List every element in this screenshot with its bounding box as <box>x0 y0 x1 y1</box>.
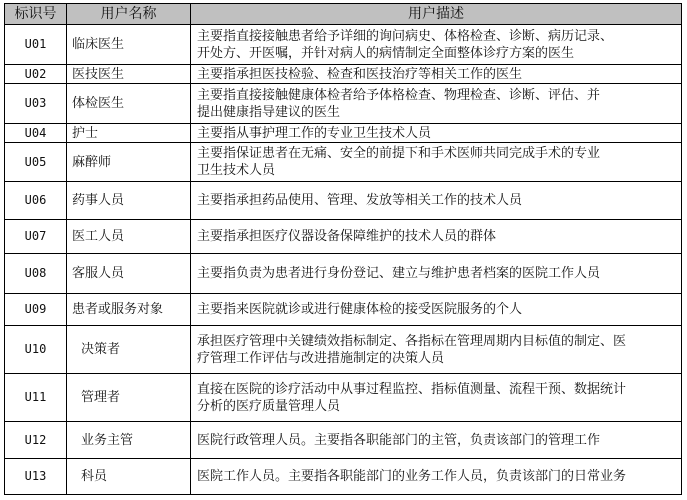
description-line: 主要指承担医疗仪器设备保障维护的技术人员的群体 <box>197 228 681 245</box>
description-line: 主要指负责为患者进行身份登记、建立与维护患者档案的医院工作人员 <box>197 265 681 282</box>
table-row: U13科员医院工作人员。主要指各职能部门的业务工作人员，负责该部门的日常业务 <box>5 459 682 495</box>
role-name-cell: 医工人员 <box>67 220 191 254</box>
role-description-cell: 主要指负责为患者进行身份登记、建立与维护患者档案的医院工作人员 <box>191 254 682 294</box>
role-id-cell: U09 <box>5 294 67 326</box>
description-line: 主要指保证患者在无痛、安全的前提下和手术医师共同完成手术的专业 <box>197 145 681 162</box>
table-row: U02医技医生主要指承担医技检验、检查和医技治疗等相关工作的医生 <box>5 65 682 84</box>
description-line: 提出健康指导建议的医生 <box>197 104 681 121</box>
role-name-cell: 医技医生 <box>67 65 191 84</box>
role-description-cell: 主要指承担医技检验、检查和医技治疗等相关工作的医生 <box>191 65 682 84</box>
role-name-cell: 麻醉师 <box>67 143 191 182</box>
description-line: 医院工作人员。主要指各职能部门的业务工作人员，负责该部门的日常业务 <box>197 468 681 485</box>
role-name-cell: 药事人员 <box>67 182 191 220</box>
table-body: U01临床医生主要指直接接触患者给予详细的询问病史、体格检查、诊断、病历记录、开… <box>5 25 682 495</box>
user-roles-table: 标识号 用户名称 用户描述 U01临床医生主要指直接接触患者给予详细的询问病史、… <box>4 3 682 495</box>
role-description-cell: 直接在医院的诊疗活动中从事过程监控、指标值测量、流程干预、数据统计分析的医疗质量… <box>191 374 682 422</box>
role-description-cell: 主要指来医院就诊或进行健康体检的接受医院服务的个人 <box>191 294 682 326</box>
role-id-cell: U07 <box>5 220 67 254</box>
description-line: 疗管理工作评估与改进措施制定的决策人员 <box>197 350 681 367</box>
description-line: 开处方、开医嘱，并针对病人的病情制定全面整体诊疗方案的医生 <box>197 45 681 62</box>
description-line: 医院行政管理人员。主要指各职能部门的主管，负责该部门的管理工作 <box>197 432 681 449</box>
role-id-cell: U06 <box>5 182 67 220</box>
description-line: 直接在医院的诊疗活动中从事过程监控、指标值测量、流程干预、数据统计 <box>197 381 681 398</box>
table-row: U10决策者承担医疗管理中关键绩效指标制定、各指标在管理周期内目标值的制定、医疗… <box>5 326 682 374</box>
role-description-cell: 主要指承担医疗仪器设备保障维护的技术人员的群体 <box>191 220 682 254</box>
table-row: U11管理者直接在医院的诊疗活动中从事过程监控、指标值测量、流程干预、数据统计分… <box>5 374 682 422</box>
description-line: 主要指直接接触患者给予详细的询问病史、体格检查、诊断、病历记录、 <box>197 28 681 45</box>
role-name-cell: 科员 <box>67 459 191 495</box>
role-name-cell: 体检医生 <box>67 84 191 124</box>
role-id-cell: U08 <box>5 254 67 294</box>
table-row: U01临床医生主要指直接接触患者给予详细的询问病史、体格检查、诊断、病历记录、开… <box>5 25 682 65</box>
role-name-cell: 临床医生 <box>67 25 191 65</box>
table-row: U08客服人员主要指负责为患者进行身份登记、建立与维护患者档案的医院工作人员 <box>5 254 682 294</box>
role-id-cell: U12 <box>5 422 67 459</box>
table-row: U05麻醉师主要指保证患者在无痛、安全的前提下和手术医师共同完成手术的专业卫生技… <box>5 143 682 182</box>
role-description-cell: 主要指直接接触健康体检者给予体格检查、物理检查、诊断、评估、并提出健康指导建议的… <box>191 84 682 124</box>
header-name: 用户名称 <box>67 4 191 25</box>
role-description-cell: 主要指承担药品使用、管理、发放等相关工作的技术人员 <box>191 182 682 220</box>
role-id-cell: U05 <box>5 143 67 182</box>
role-id-cell: U04 <box>5 124 67 143</box>
header-id: 标识号 <box>5 4 67 25</box>
table-row: U07医工人员主要指承担医疗仪器设备保障维护的技术人员的群体 <box>5 220 682 254</box>
role-description-cell: 承担医疗管理中关键绩效指标制定、各指标在管理周期内目标值的制定、医疗管理工作评估… <box>191 326 682 374</box>
role-name-cell: 患者或服务对象 <box>67 294 191 326</box>
role-description-cell: 医院行政管理人员。主要指各职能部门的主管，负责该部门的管理工作 <box>191 422 682 459</box>
role-name-cell: 决策者 <box>67 326 191 374</box>
role-name-cell: 护士 <box>67 124 191 143</box>
table-row: U04护士主要指从事护理工作的专业卫生技术人员 <box>5 124 682 143</box>
role-id-cell: U02 <box>5 65 67 84</box>
role-id-cell: U01 <box>5 25 67 65</box>
description-line: 主要指从事护理工作的专业卫生技术人员 <box>197 125 681 142</box>
description-line: 卫生技术人员 <box>197 162 681 179</box>
role-description-cell: 主要指从事护理工作的专业卫生技术人员 <box>191 124 682 143</box>
description-line: 主要指直接接触健康体检者给予体格检查、物理检查、诊断、评估、并 <box>197 87 681 104</box>
role-id-cell: U11 <box>5 374 67 422</box>
table-row: U12业务主管医院行政管理人员。主要指各职能部门的主管，负责该部门的管理工作 <box>5 422 682 459</box>
role-description-cell: 主要指保证患者在无痛、安全的前提下和手术医师共同完成手术的专业卫生技术人员 <box>191 143 682 182</box>
description-line: 承担医疗管理中关键绩效指标制定、各指标在管理周期内目标值的制定、医 <box>197 333 681 350</box>
table-row: U03体检医生主要指直接接触健康体检者给予体格检查、物理检查、诊断、评估、并提出… <box>5 84 682 124</box>
table-header-row: 标识号 用户名称 用户描述 <box>5 4 682 25</box>
role-name-cell: 客服人员 <box>67 254 191 294</box>
description-line: 主要指承担药品使用、管理、发放等相关工作的技术人员 <box>197 192 681 209</box>
role-name-cell: 业务主管 <box>67 422 191 459</box>
role-name-cell: 管理者 <box>67 374 191 422</box>
role-id-cell: U03 <box>5 84 67 124</box>
table-row: U09患者或服务对象主要指来医院就诊或进行健康体检的接受医院服务的个人 <box>5 294 682 326</box>
role-description-cell: 医院工作人员。主要指各职能部门的业务工作人员，负责该部门的日常业务 <box>191 459 682 495</box>
description-line: 主要指承担医技检验、检查和医技治疗等相关工作的医生 <box>197 66 681 83</box>
header-description: 用户描述 <box>191 4 682 25</box>
table-row: U06药事人员主要指承担药品使用、管理、发放等相关工作的技术人员 <box>5 182 682 220</box>
role-id-cell: U13 <box>5 459 67 495</box>
role-description-cell: 主要指直接接触患者给予详细的询问病史、体格检查、诊断、病历记录、开处方、开医嘱，… <box>191 25 682 65</box>
description-line: 主要指来医院就诊或进行健康体检的接受医院服务的个人 <box>197 301 681 318</box>
role-id-cell: U10 <box>5 326 67 374</box>
description-line: 分析的医疗质量管理人员 <box>197 398 681 415</box>
